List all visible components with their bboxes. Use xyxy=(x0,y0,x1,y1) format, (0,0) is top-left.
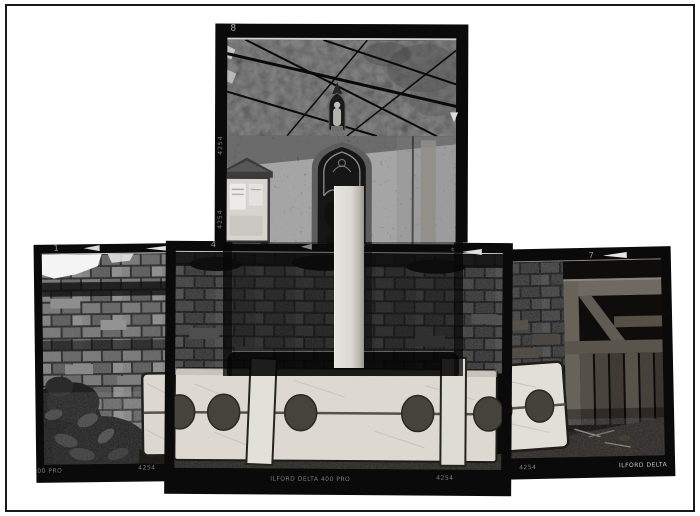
wooden-gate xyxy=(563,259,665,431)
photo-brick-wall-foliage xyxy=(42,252,177,465)
photo-collage-page: { "palette": { "page_background": "#ffff… xyxy=(0,0,700,516)
stocks-hole xyxy=(285,395,317,431)
notice-board xyxy=(227,158,273,245)
edge-code-mark: 4254 xyxy=(138,465,155,471)
film-frame-bottom-left: 1 00 PRO 4254 xyxy=(34,243,181,483)
frame-number-8: 8 xyxy=(230,25,237,34)
edge-code-mark: 4254 xyxy=(519,465,536,471)
photo-gate-stocks-end xyxy=(501,258,665,458)
frame-number-7: 7 xyxy=(589,252,595,260)
film-stock-mark: ILFORD DELTA xyxy=(619,462,667,469)
stocks-hole xyxy=(402,395,434,431)
film-stock-mark: 00 PRO xyxy=(37,469,62,475)
edge-code-vertical-lower: 4254 xyxy=(217,209,224,228)
film-stock-mark: ILFORD DELTA 400 PRO xyxy=(270,477,350,484)
whipping-post xyxy=(334,186,364,368)
frame-arrow-icon xyxy=(84,245,100,251)
edge-code-mark: 4254 xyxy=(436,476,453,482)
stocks-hole xyxy=(474,397,503,431)
frame-number-1: 1 xyxy=(54,245,60,253)
post-shadow xyxy=(363,242,372,352)
frame-mark-4: 4 xyxy=(211,241,217,249)
edge-arrow-icon xyxy=(450,112,458,122)
edge-code-vertical-upper: 4254 xyxy=(217,135,224,154)
stocks-hole xyxy=(208,394,240,430)
film-frame-bottom-right: 7 4254 ILFORD DELTA xyxy=(491,246,676,480)
frame-arrow-icon xyxy=(603,252,627,259)
frame-arrow-icon xyxy=(462,249,482,255)
